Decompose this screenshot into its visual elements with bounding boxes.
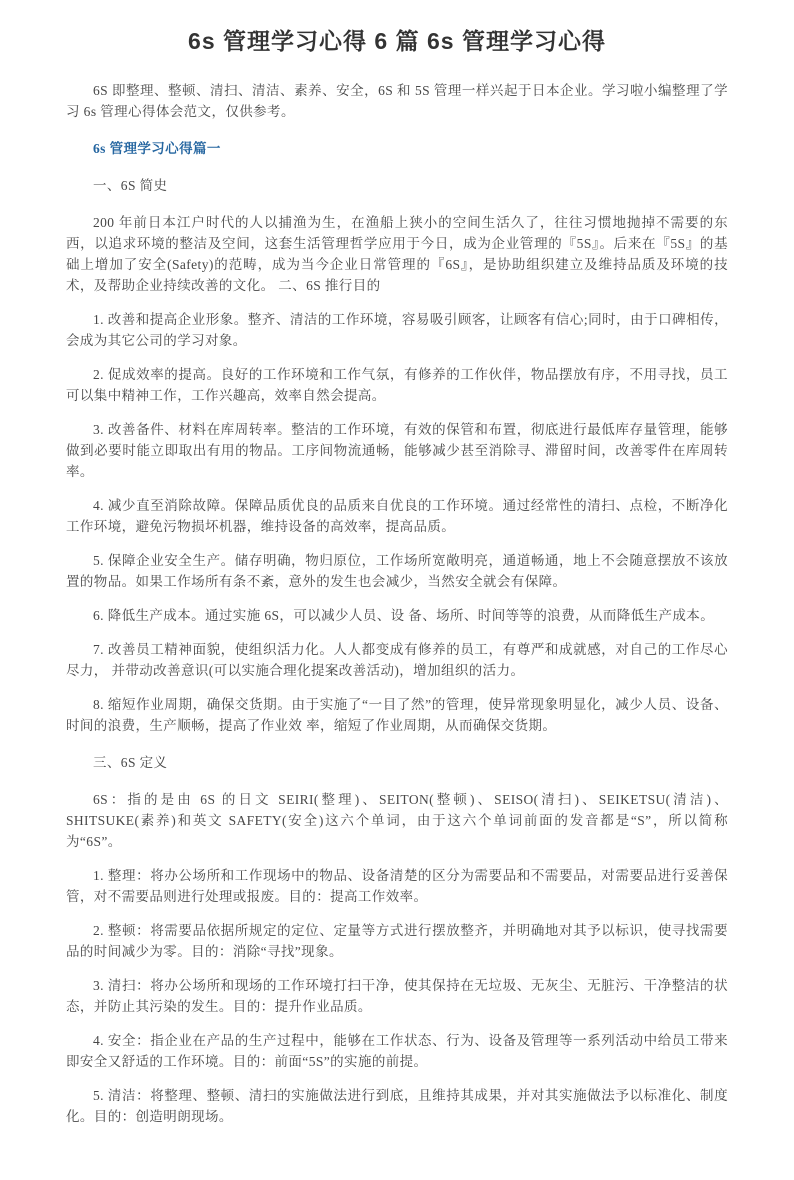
paragraph: 7. 改善员工精神面貌，使组织活力化。人人都变成有修养的员工，有尊严和成就感，对… [66, 639, 728, 681]
paragraph: 6. 降低生产成本。通过实施 6S，可以减少人员、设 备、场所、时间等等的浪费，… [66, 605, 728, 626]
document-page: 6s 管理学习心得 6 篇 6s 管理学习心得 6S 即整理、整顿、清扫、清洁、… [0, 0, 794, 1180]
paragraph: 5. 保障企业安全生产。储存明确，物归原位，工作场所宽敞明亮，通道畅通，地上不会… [66, 550, 728, 592]
section-heading: 一、6S 简史 [66, 175, 728, 196]
paragraph: 1. 整理：将办公场所和工作现场中的物品、设备清楚的区分为需要品和不需要品，对需… [66, 865, 728, 907]
paragraph: 4. 减少直至消除故障。保障品质优良的品质来自优良的工作环境。通过经常性的清扫、… [66, 495, 728, 537]
paragraph: 2. 促成效率的提高。良好的工作环境和工作气氛，有修养的工作伙伴，物品摆放有序，… [66, 364, 728, 406]
paragraph: 1. 改善和提高企业形象。整齐、清洁的工作环境，容易吸引顾客，让顾客有信心;同时… [66, 309, 728, 351]
paragraph: 3. 改善备件、材料在库周转率。整洁的工作环境，有效的保管和布置，彻底进行最低库… [66, 419, 728, 482]
paragraph: 3. 清扫：将办公场所和现场的工作环境打扫干净，使其保持在无垃圾、无灰尘、无脏污… [66, 975, 728, 1017]
paragraph: 8. 缩短作业周期，确保交货期。由于实施了“一目了然”的管理，使异常现象明显化，… [66, 694, 728, 736]
document-title: 6s 管理学习心得 6 篇 6s 管理学习心得 [66, 26, 728, 56]
paragraph: 5. 清洁：将整理、整顿、清扫的实施做法进行到底，且维持其成果，并对其实施做法予… [66, 1085, 728, 1127]
paragraph: 2. 整顿：将需要品依据所规定的定位、定量等方式进行摆放整齐，并明确地对其予以标… [66, 920, 728, 962]
document-body: 6S 即整理、整顿、清扫、清洁、素养、安全，6S 和 5S 管理一样兴起于日本企… [66, 80, 728, 1127]
accent-heading: 6s 管理学习心得篇一 [66, 138, 728, 159]
paragraph: 200 年前日本江户时代的人以捕渔为生，在渔船上狭小的空间生活久了，往往习惯地抛… [66, 212, 728, 296]
section-heading: 三、6S 定义 [66, 752, 728, 773]
paragraph: 6S：指的是由 6S 的日文 SEIRI(整理)、SEITON(整顿)、SEIS… [66, 789, 728, 852]
paragraph: 4. 安全：指企业在产品的生产过程中，能够在工作状态、行为、设备及管理等一系列活… [66, 1030, 728, 1072]
paragraph: 6S 即整理、整顿、清扫、清洁、素养、安全，6S 和 5S 管理一样兴起于日本企… [66, 80, 728, 122]
